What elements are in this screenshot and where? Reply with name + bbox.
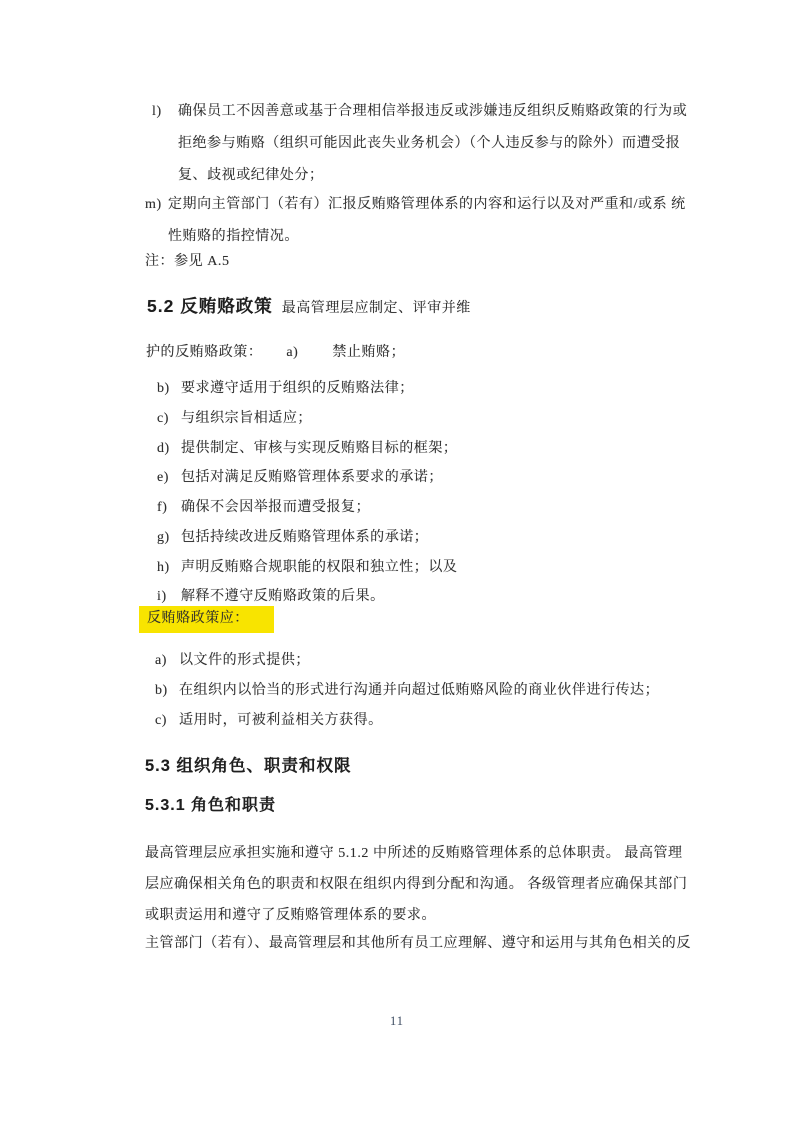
page-number: 11 <box>0 1014 794 1029</box>
paragraph-lead: 护的反贿赂政策： <box>146 343 262 363</box>
text-line: 性贿赂的指控情况。 <box>168 221 686 253</box>
paragraph-roles-continued: 主管部门（若有）、最高管理层和其他所有员工应理解、遵守和运用与其角色相关的反 <box>145 934 691 954</box>
text-line: 层应确保相关角色的职责和权限在组织内得到分配和沟通。 各级管理者应确保其部门 <box>145 869 687 900</box>
list-marker: h) <box>157 553 181 583</box>
list-marker: a) <box>286 343 298 363</box>
list-item: f) 确保不会因举报而遭受报复； <box>157 493 457 523</box>
list-item: g) 包括持续改进反贿赂管理体系的承诺； <box>157 523 457 553</box>
highlight-block: 反贿赂政策应： <box>139 606 274 633</box>
list-item: c) 与组织宗旨相适应； <box>157 404 457 434</box>
list-item: b) 要求遵守适用于组织的反贿赂法律； <box>157 374 457 404</box>
list-marker: b) <box>155 676 179 706</box>
text-line: 确保员工不因善意或基于合理相信举报违反或涉嫌违反组织反贿赂政策的行为或 <box>178 96 687 128</box>
list-item-text: 适用时，可被利益相关方获得。 <box>179 706 383 736</box>
list-item-text: 禁止贿赂； <box>332 343 405 363</box>
list-item-text: 提供制定、审核与实现反贿赂目标的框架； <box>181 434 457 464</box>
list-item: c) 适用时，可被利益相关方获得。 <box>155 706 659 736</box>
section-heading-title: 5.2 反贿赂政策 <box>147 293 273 318</box>
list-marker: e) <box>157 463 181 493</box>
text-line: 最高管理层应承担实施和遵守 5.1.2 中所述的反贿赂管理体系的总体职责。 最高… <box>145 838 687 869</box>
text-line: 或职责运用和遵守了反贿赂管理体系的要求。 <box>145 900 687 931</box>
text-line: 拒绝参与贿赂（组织可能因此丧失业务机会）（个人违反参与的除外）而遭受报 <box>178 128 687 160</box>
document-page: l) 确保员工不因善意或基于合理相信举报违反或涉嫌违反组织反贿赂政策的行为或 拒… <box>0 0 794 1123</box>
list-item-m: m) 定期向主管部门（若有）汇报反贿赂管理体系的内容和运行以及对严重和/或系 统… <box>145 189 686 253</box>
note-line: 注：参见 A.5 <box>145 252 230 272</box>
list-item-text: 与组织宗旨相适应； <box>181 404 312 434</box>
text-line: 定期向主管部门（若有）汇报反贿赂管理体系的内容和运行以及对严重和/或系 统 <box>168 189 686 221</box>
list-marker: m) <box>145 189 168 253</box>
list-item-text: 确保员工不因善意或基于合理相信举报违反或涉嫌违反组织反贿赂政策的行为或 拒绝参与… <box>178 96 687 192</box>
list-item-l: l) 确保员工不因善意或基于合理相信举报违反或涉嫌违反组织反贿赂政策的行为或 拒… <box>152 96 687 192</box>
list-item: a) 以文件的形式提供； <box>155 646 659 676</box>
subsection-heading-5-3-1: 5.3.1 角色和职责 <box>145 792 276 815</box>
list-marker: b) <box>157 374 181 404</box>
list-item: d) 提供制定、审核与实现反贿赂目标的框架； <box>157 434 457 464</box>
policy-list: b) 要求遵守适用于组织的反贿赂法律； c) 与组织宗旨相适应； d) 提供制定… <box>157 374 457 612</box>
list-marker: d) <box>157 434 181 464</box>
text-line: 复、歧视或纪律处分； <box>178 160 687 192</box>
list-marker: g) <box>157 523 181 553</box>
list-item: b) 在组织内以恰当的形式进行沟通并向超过低贿赂风险的商业伙伴进行传达； <box>155 676 659 706</box>
paragraph-roles: 最高管理层应承担实施和遵守 5.1.2 中所述的反贿赂管理体系的总体职责。 最高… <box>145 838 687 931</box>
list-item-text: 在组织内以恰当的形式进行沟通并向超过低贿赂风险的商业伙伴进行传达； <box>179 676 659 706</box>
list-marker: f) <box>157 493 181 523</box>
list-marker: c) <box>157 404 181 434</box>
list-item-text: 声明反贿赂合规职能的权限和独立性；以及 <box>181 553 457 583</box>
list-item-text: 以文件的形式提供； <box>179 646 310 676</box>
section-heading-5-2: 5.2 反贿赂政策 最高管理层应制定、评审并维 <box>147 293 471 318</box>
list-item: e) 包括对满足反贿赂管理体系要求的承诺； <box>157 463 457 493</box>
list-item-text: 要求遵守适用于组织的反贿赂法律； <box>181 374 414 404</box>
heading-inline-text: 最高管理层应制定、评审并维 <box>282 297 471 317</box>
list-marker: c) <box>155 706 179 736</box>
list-item-text: 包括对满足反贿赂管理体系要求的承诺； <box>181 463 443 493</box>
list-item-text: 确保不会因举报而遭受报复； <box>181 493 370 523</box>
list-item: h) 声明反贿赂合规职能的权限和独立性；以及 <box>157 553 457 583</box>
list-marker: a) <box>155 646 179 676</box>
list-item-text: 包括持续改进反贿赂管理体系的承诺； <box>181 523 428 553</box>
highlighted-text: 反贿赂政策应： <box>139 606 274 633</box>
list-marker: l) <box>152 96 178 192</box>
paragraph-5-2-continuation: 护的反贿赂政策： a) 禁止贿赂； <box>146 343 405 363</box>
section-heading-5-3: 5.3 组织角色、职责和权限 <box>145 752 352 776</box>
list-item-text: 定期向主管部门（若有）汇报反贿赂管理体系的内容和运行以及对严重和/或系 统 性贿… <box>168 189 686 253</box>
policy-provide-list: a) 以文件的形式提供； b) 在组织内以恰当的形式进行沟通并向超过低贿赂风险的… <box>155 646 659 736</box>
